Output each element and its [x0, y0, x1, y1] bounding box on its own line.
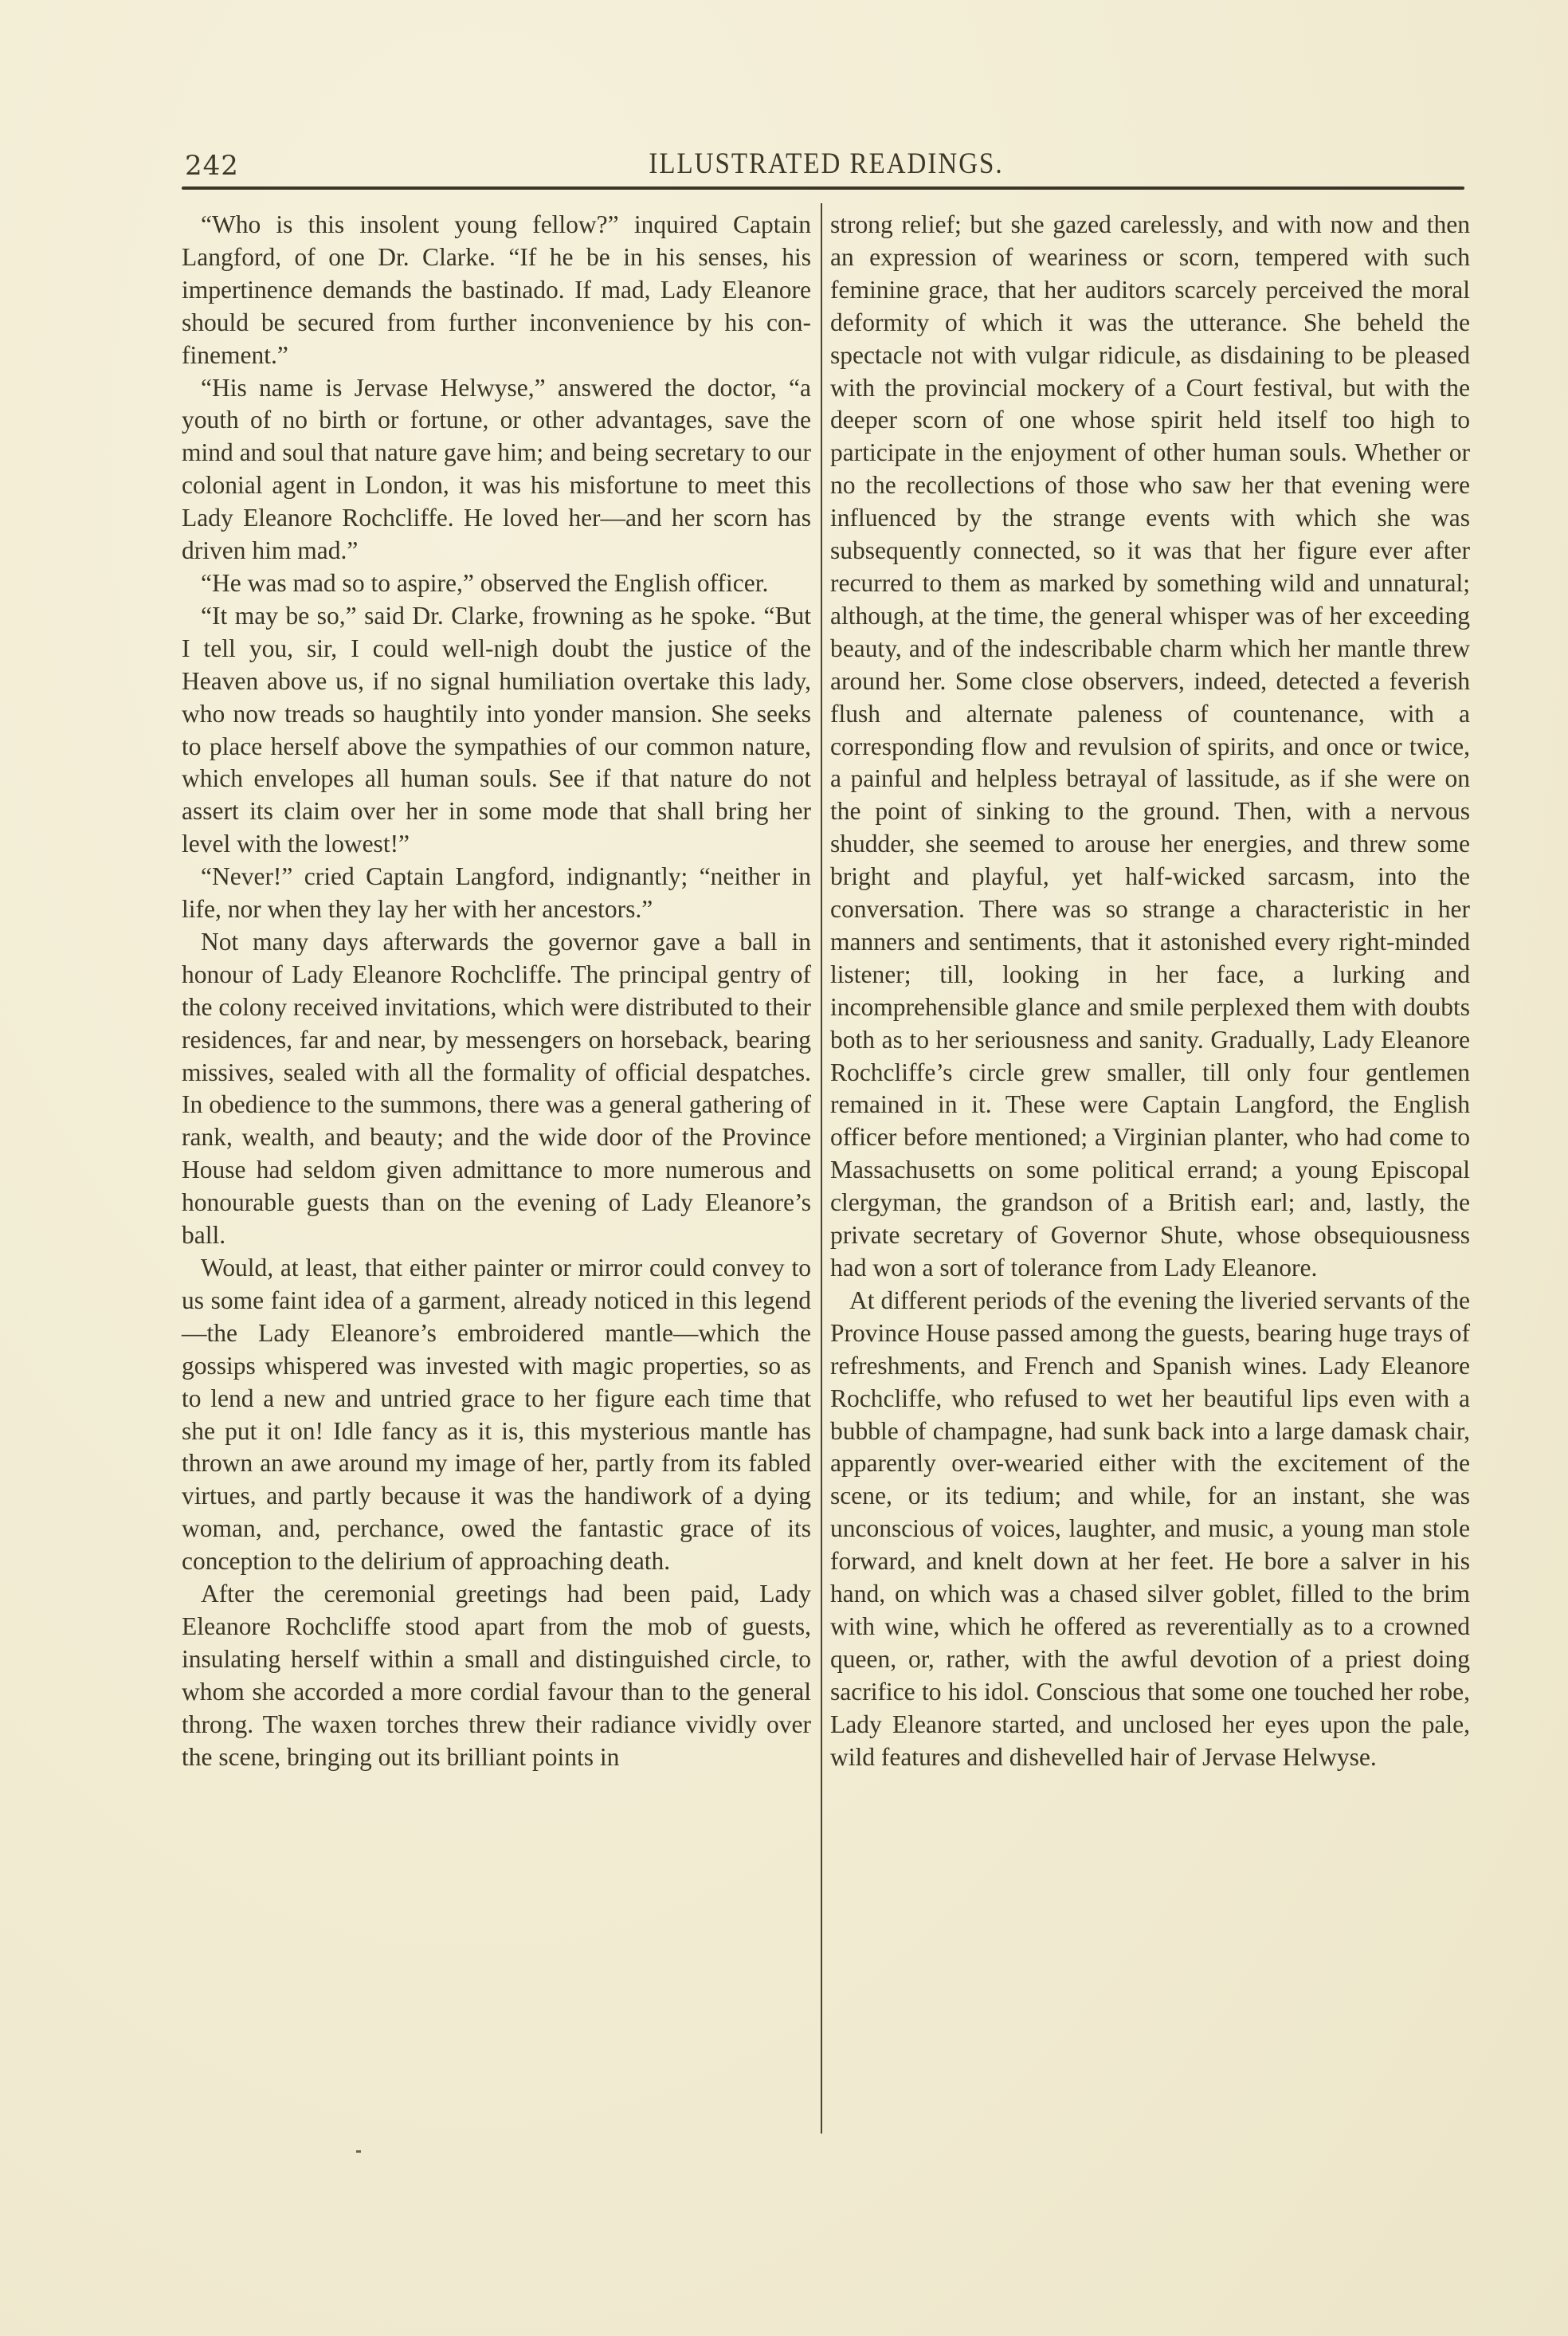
paragraph-continuation: strong relief; but she gazed carelessly,… [830, 209, 1470, 1285]
paragraph: “He was mad so to aspire,” observed the … [182, 567, 811, 600]
column-divider [821, 203, 822, 2134]
paragraph: After the ceremonial greetings had been … [182, 1578, 811, 1773]
left-column: “Who is this insolent young fellow?” inq… [182, 209, 811, 1774]
page-header: 242 ILLUSTRATED READINGS. [185, 150, 1468, 185]
paragraph: “Who is this insolent young fellow?” inq… [182, 209, 811, 372]
paragraph: “Never!” cried Captain Langford, indigna… [182, 861, 811, 926]
paragraph: Not many days afterwards the governor ga… [182, 926, 811, 1252]
paragraph: At different periods of the evening the … [830, 1285, 1470, 1774]
running-title: ILLUSTRATED READINGS. [185, 148, 1468, 181]
paragraph: “It may be so,” said Dr. Clarke, frownin… [182, 600, 811, 861]
print-mark [356, 2150, 361, 2153]
paragraph: Would, at least, that either painter or … [182, 1252, 811, 1578]
right-column: strong relief; but she gazed carelessly,… [830, 209, 1470, 1774]
paragraph: “His name is Jervase Helwyse,” answered … [182, 372, 811, 567]
header-rule [182, 186, 1464, 190]
